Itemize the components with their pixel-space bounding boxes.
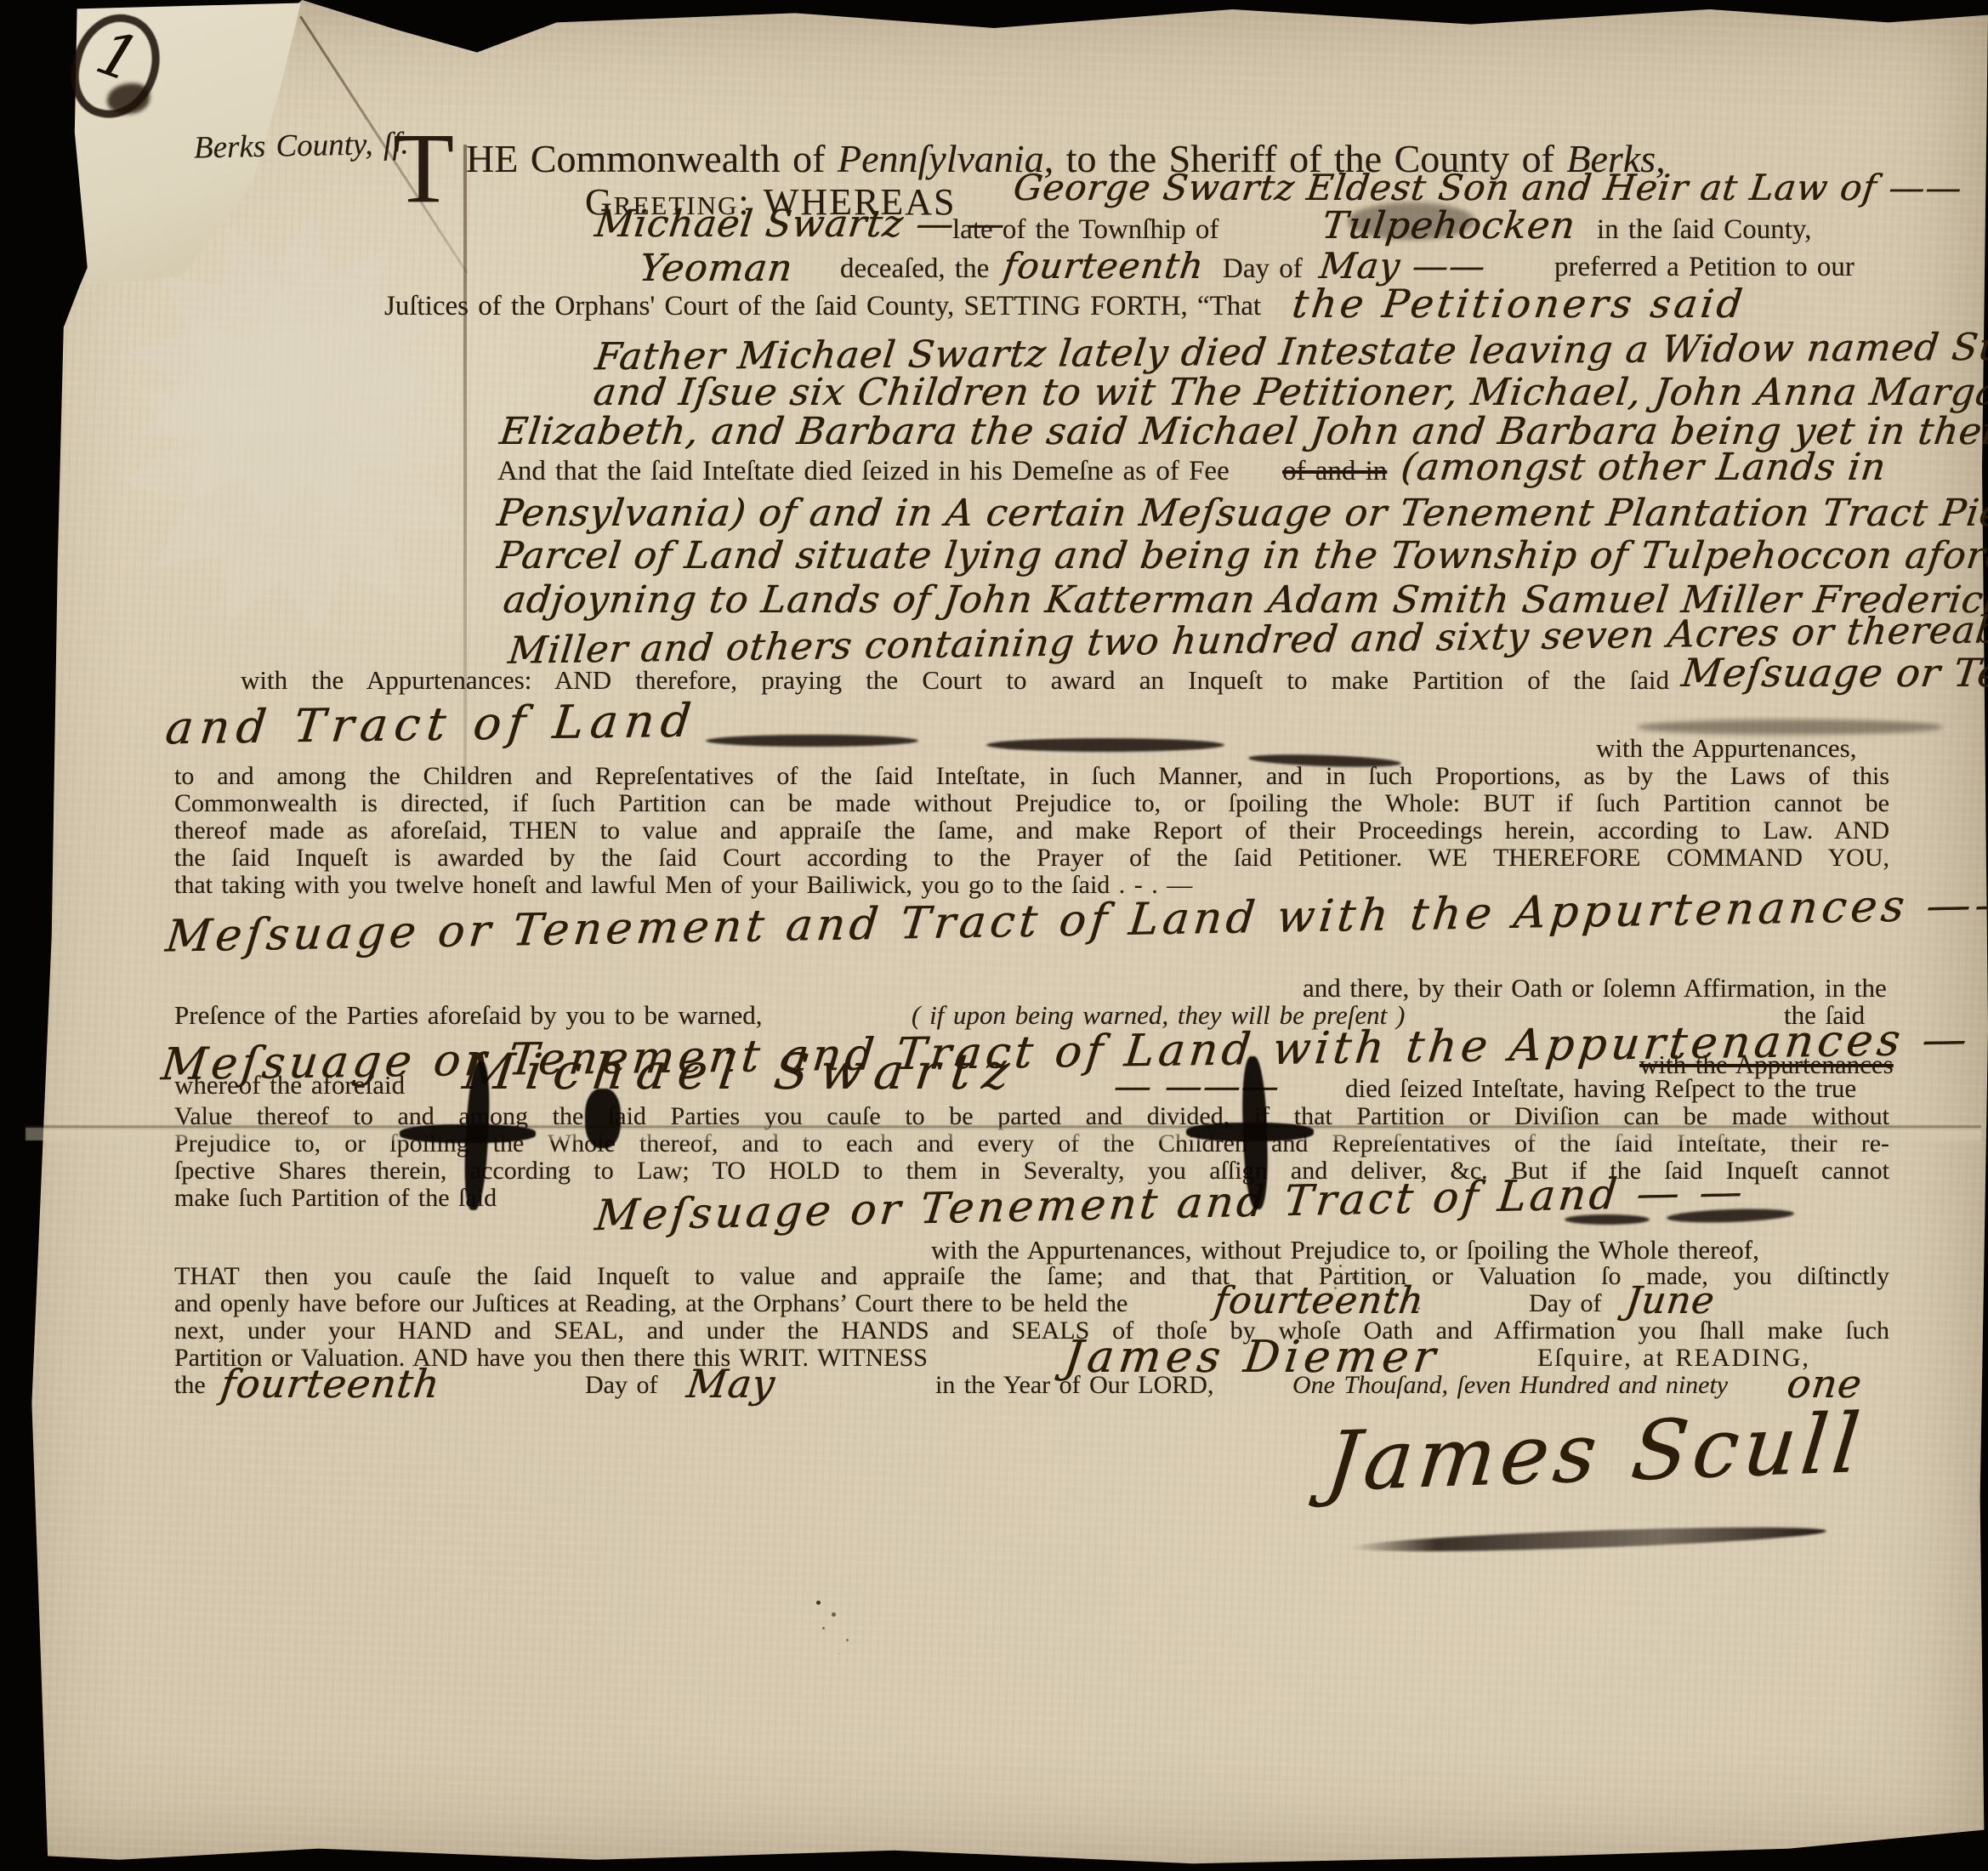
handwritten-petitioners: the Petitioners said [1290, 281, 1748, 327]
printed-appurtenances2: with the Appurtenances, [1596, 733, 1856, 764]
handwritten-day1: fourteenth [1001, 245, 1207, 287]
printed-dayof3: Day of [585, 1371, 657, 1400]
fold-fade-strip [26, 1128, 1981, 1140]
printed-para3-line3: next, under your HAND and SEAL, and unde… [174, 1317, 1889, 1345]
printed-para1-line3: thereof made as aforeſaid, THEN to value… [174, 816, 1889, 845]
printed-struck-of-and-in: of and in [1282, 456, 1387, 487]
ink-blot [585, 1089, 621, 1148]
ink-speckles [816, 1601, 821, 1605]
printed-oath: and there, by their Oath or ſolemn Affir… [1303, 973, 1887, 1004]
printed-the: the [174, 1371, 206, 1400]
handwritten-body5: Parcel of Land situate lying and being i… [495, 534, 1988, 577]
handwritten-name2: Michael Swartz [460, 1043, 1025, 1100]
printed-para2-line4: make ſuch Partition of the ſaid [174, 1184, 497, 1213]
ink-dash-swash [1565, 1214, 1650, 1225]
printed-para1-line2: Commonwealth is directed, if ſuch Partit… [174, 789, 1889, 818]
handwritten-tract1: and Tract of Land [163, 694, 701, 755]
ink-speckles [1326, 1257, 1331, 1261]
handwritten-month3: May [684, 1361, 778, 1407]
handwritten-decedent: Michael Swartz — — [593, 202, 1008, 246]
ink-blot [400, 1124, 536, 1143]
printed-appurtenances3: with the Appurtenances, without Prejudic… [931, 1235, 1759, 1265]
printed-para3-line2: and openly have before our Juſtices at R… [174, 1289, 1127, 1318]
signature: James Scull [1321, 1396, 1869, 1510]
document-scan: 1 Berks County, ſſ. T HE Commonwealth of… [0, 0, 1988, 1871]
printed-para1-line1: to and among the Children and Repreſenta… [174, 762, 1889, 791]
ink-smudge-township [1348, 202, 1475, 240]
drop-cap: T [393, 126, 454, 211]
handwritten-amongst: (amongst other Lands in [1399, 446, 1889, 489]
handwritten-day3: fourteenth [219, 1361, 443, 1407]
printed-township: late of the Townſhip of [952, 214, 1218, 246]
printed-presence1: Preſence of the Parties aforeſaid by you… [174, 1000, 763, 1031]
handwritten-body4: Pensylvania) of and in A certain Meſsuag… [495, 492, 1988, 535]
printed-preferred: preferred a Petition to our [1554, 252, 1855, 283]
county-label: Berks County, ſſ. [194, 125, 410, 166]
printed-appurtenances1: with the Appurtenances: AND therefore, p… [241, 665, 1669, 696]
printed-deceased: deceaſed, the [840, 253, 989, 285]
printed-county2: in the ſaid County, [1597, 214, 1812, 246]
printed-died-seized: died ſeized Inteſtate, having Reſpect to… [1345, 1073, 1856, 1104]
printed-esquire: Eſquire, at READING, [1537, 1344, 1810, 1373]
ink-dash-swash [706, 735, 918, 747]
printed-year-italic: One Thouſand, ſeven Hundred and ninety [1292, 1371, 1728, 1400]
handwritten-heir: George Swartz Eldest Son and Heir at Law… [1011, 167, 1965, 208]
printed-whereof: whereof the aforeſaid [174, 1070, 405, 1100]
printed-para1-line4: the ſaid Inqueſt is awarded by the ſaid … [174, 844, 1889, 873]
ink-speckles [1394, 1293, 1399, 1297]
handwritten-body2: and Iſsue six Children to wit The Petiti… [591, 371, 1988, 414]
printed-year1: in the Year of Our LORD, [935, 1371, 1213, 1400]
printed-seized: And that the ſaid Inteſtate died ſeized … [497, 456, 1230, 487]
title-text: HE Commonwealth of [466, 137, 838, 180]
ink-blot [1186, 1123, 1314, 1141]
printed-dayof2: Day of [1529, 1289, 1601, 1318]
printed-justices: Juſtices of the Orphans' Court of the ſa… [384, 291, 1261, 322]
handwritten-messuage1: Meſsuage or Tenement [1679, 650, 1988, 696]
ink-dash-swash [986, 738, 1224, 752]
printed-dayof1: Day of [1223, 253, 1303, 285]
handwritten-yeoman: Yeoman [637, 247, 795, 290]
